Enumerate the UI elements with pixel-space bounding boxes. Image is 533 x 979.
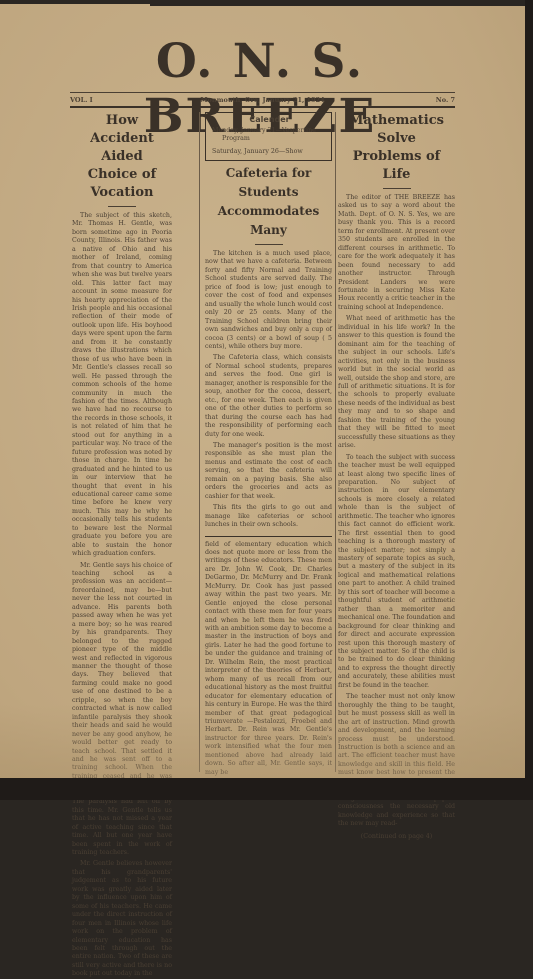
- paragraph: What need of arithmetic has the individu…: [338, 315, 455, 450]
- paragraph: The subject of this sketch, Mr. Thomas H…: [72, 212, 172, 559]
- headline-line: Problems of Life: [338, 148, 455, 184]
- paper-wear: [0, 704, 528, 782]
- headline-rule: [255, 244, 283, 245]
- article-vocation: How Accident Aided Choice of Vocation Th…: [72, 112, 172, 800]
- column-divider: [335, 112, 336, 772]
- calendar-item-text: Saturday, January 26—Show: [212, 148, 327, 156]
- headline-line: Cafeteria for Students: [205, 164, 332, 202]
- calendar-item: Saturday, January 26—Show: [212, 148, 327, 156]
- headline-rule: [383, 188, 411, 189]
- issue-number: No. 7: [436, 96, 455, 104]
- article-mathematics: Mathematics Solve Problems of Life The e…: [338, 112, 455, 800]
- article-cafeteria: Cafeteria for Students Accommodates Many…: [205, 164, 332, 537]
- paragraph: To teach the subject with success the te…: [338, 454, 455, 691]
- calendar-item-cont: Program: [212, 135, 327, 143]
- headline-line: Choice of Vocation: [72, 166, 172, 202]
- headline: Mathematics Solve Problems of Life: [338, 112, 455, 184]
- scan-border: [525, 0, 533, 800]
- scan-border: [150, 0, 533, 6]
- paragraph: The kitchen is a much used place, now th…: [205, 250, 332, 351]
- center-column: Calender Monday, January 21—Vespertine P…: [205, 112, 332, 790]
- headline-line: Accommodates Many: [205, 202, 332, 240]
- newspaper-page: O. N. S. BREEZE VOL. I Monmouth, Ore, Ja…: [0, 4, 528, 790]
- calendar-item-text: Monday, January 21—Vespertine: [212, 127, 327, 135]
- headline: Cafeteria for Students Accommodates Many: [205, 164, 332, 240]
- place-date: Monmouth, Ore, January 21, 1924: [70, 96, 455, 104]
- paragraph: The Cafeteria class, which consists of N…: [205, 354, 332, 439]
- headline-line: How Accident Aided: [72, 112, 172, 166]
- calendar-item: Monday, January 21—Vespertine Program: [212, 127, 327, 143]
- column-divider: [199, 112, 200, 772]
- headline-rule: [108, 206, 136, 207]
- headline: How Accident Aided Choice of Vocation: [72, 112, 172, 202]
- paragraph: This fits the girls to go out and manage…: [205, 504, 332, 529]
- paragraph: The editor of THE BREEZE has asked us to…: [338, 194, 455, 312]
- calendar-title: Calender: [212, 116, 327, 124]
- scan-border: [0, 778, 533, 800]
- paragraph: The manager's position is the most respo…: [205, 442, 332, 501]
- dateline: VOL. I Monmouth, Ore, January 21, 1924 N…: [70, 92, 455, 108]
- calendar-box: Calender Monday, January 21—Vespertine P…: [205, 112, 332, 161]
- headline-line: Mathematics Solve: [338, 112, 455, 148]
